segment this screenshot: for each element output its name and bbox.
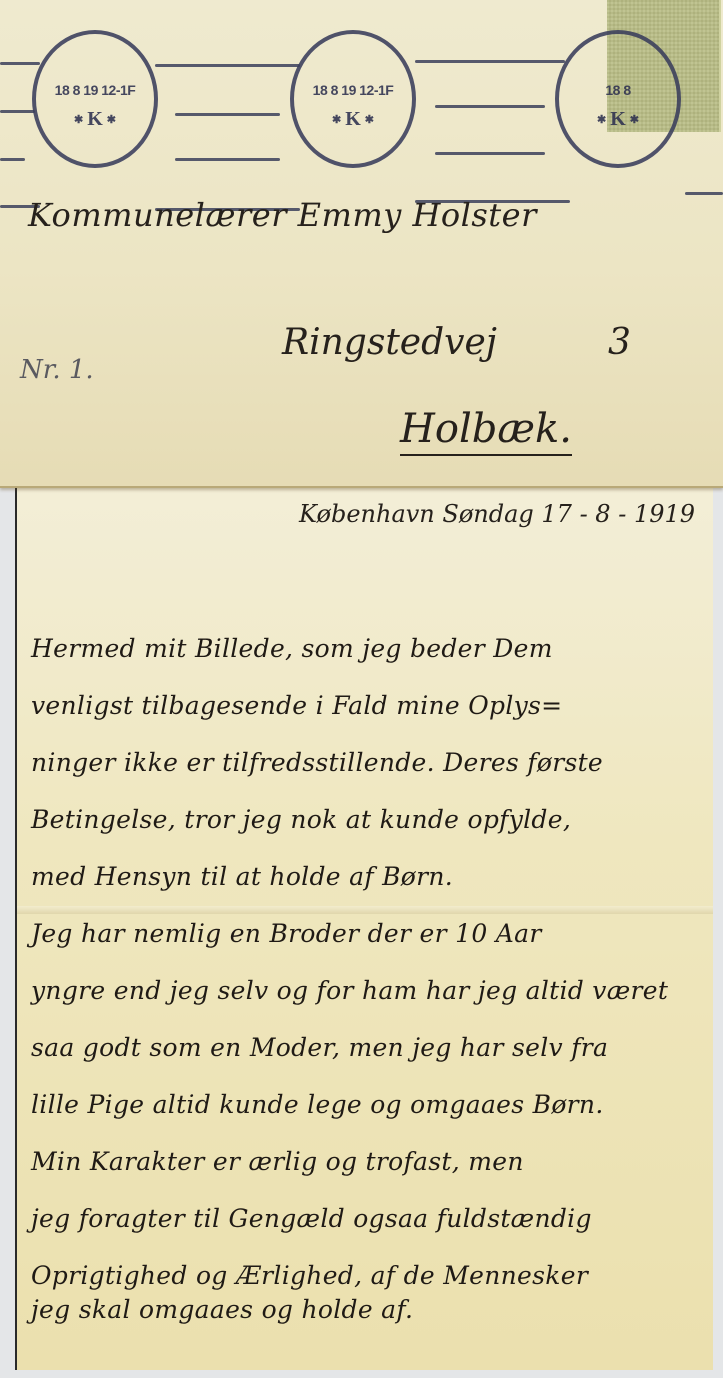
- letter-line: ninger ikke er tilfredsstillende. Deres …: [31, 748, 711, 805]
- envelope-number-note: Nr. 1.: [20, 355, 94, 385]
- letter-line: lille Pige altid kunde lege og omgaaes B…: [31, 1090, 711, 1147]
- recipient-house-number: 3: [608, 322, 631, 363]
- recipient-street: Ringstedvej: [282, 322, 497, 363]
- postmark-date: 18 8 19 12-1F: [55, 82, 136, 98]
- postmark-2: 18 8 19 12-1F K: [290, 30, 416, 168]
- postmark-1: 18 8 19 12-1F K: [32, 30, 158, 168]
- postmark-office: K: [593, 108, 643, 131]
- postmark-date: 18 8 19 12-1F: [313, 82, 394, 98]
- envelope: 18 8 19 12-1F K 18 8 19 12-1F K 18 8 K K…: [0, 0, 723, 488]
- letter-line: Jeg har nemlig en Broder der er 10 Aar: [31, 919, 711, 976]
- letter-line: Min Karakter er ærlig og trofast, men: [31, 1147, 711, 1204]
- letter-line: saa godt som en Moder, men jeg har selv …: [31, 1033, 711, 1090]
- letter-line: jeg foragter til Gengæld ogsaa fuldstænd…: [31, 1204, 711, 1261]
- postmark-office: K: [328, 108, 378, 131]
- letter-body: Hermed mit Billede, som jeg beder Dem ve…: [31, 634, 711, 1352]
- recipient-city: Holbæk.: [400, 406, 572, 456]
- letter-dateline: København Søndag 17 - 8 - 1919: [299, 500, 695, 528]
- letter-page: København Søndag 17 - 8 - 1919 Hermed mi…: [15, 486, 713, 1370]
- letter-line: venligst tilbagesende i Fald mine Oplys=: [31, 691, 711, 748]
- recipient-name: Kommunelærer Emmy Holster: [28, 196, 537, 234]
- letter-line: Betingelse, tror jeg nok at kunde opfyld…: [31, 805, 711, 862]
- letter-line: med Hensyn til at holde af Børn.: [31, 862, 711, 919]
- postmark-office: K: [70, 108, 120, 131]
- letter-line: Oprigtighed og Ærlighed, af de Mennesker: [31, 1261, 711, 1295]
- postmark-date: 18 8: [605, 82, 630, 98]
- letter-line: yngre end jeg selv og for ham har jeg al…: [31, 976, 711, 1033]
- letter-line: jeg skal omgaaes og holde af.: [31, 1295, 711, 1352]
- letter-line: Hermed mit Billede, som jeg beder Dem: [31, 634, 711, 691]
- postmark-3: 18 8 K: [555, 30, 681, 168]
